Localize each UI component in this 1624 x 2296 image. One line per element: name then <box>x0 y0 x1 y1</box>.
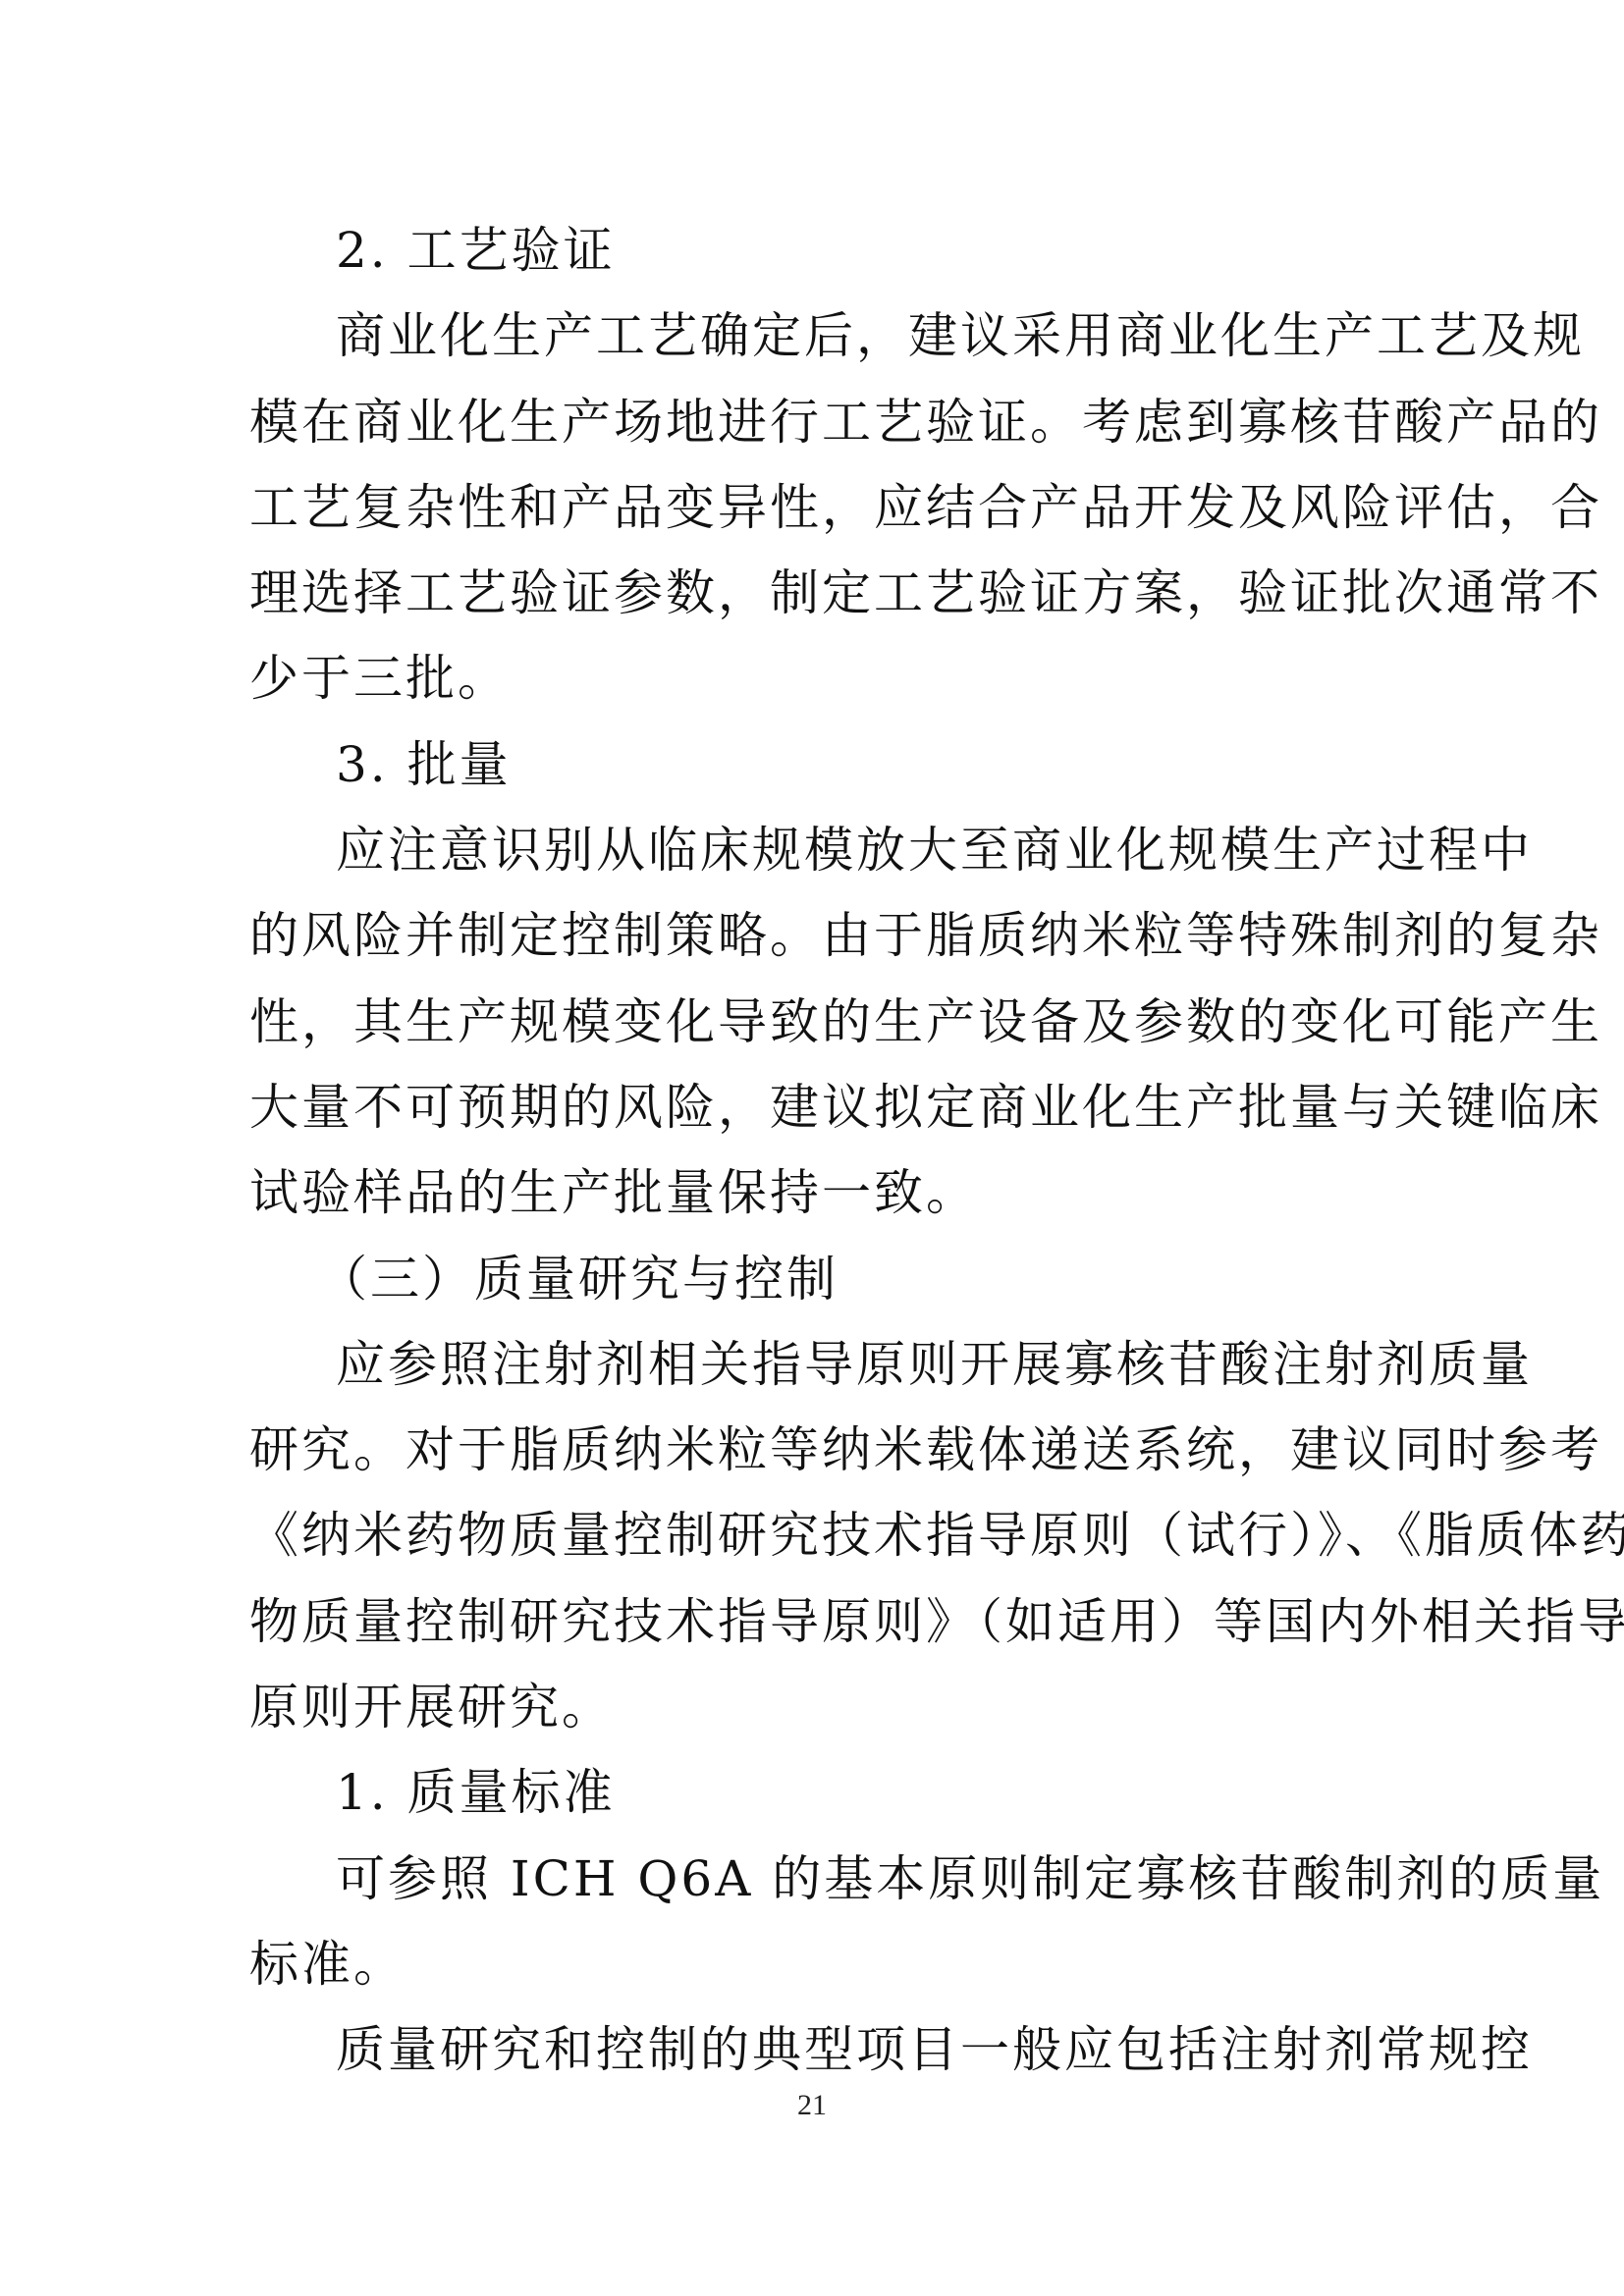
paragraph-line: 《纳米药物质量控制研究技术指导原则（试行）》、《脂质体药 <box>249 1493 1388 1578</box>
paragraph-line: 理选择工艺验证参数，制定工艺验证方案，验证批次通常不 <box>249 551 1388 636</box>
paragraph-line: 少于三批。 <box>249 636 1388 721</box>
paragraph-line: 标准。 <box>249 1922 1388 2007</box>
paragraph-line: 试验样品的生产批量保持一致。 <box>249 1150 1388 1236</box>
section-heading-quality-standard: 1. 质量标准 <box>249 1750 1388 1836</box>
document-page: 2. 工艺验证 商业化生产工艺确定后，建议采用商业化生产工艺及规 模在商业化生产… <box>0 0 1624 2296</box>
paragraph-line: 应注意识别从临床规模放大至商业化规模生产过程中 <box>249 808 1388 893</box>
paragraph-line: 性，其生产规模变化导致的生产设备及参数的变化可能产生 <box>249 980 1388 1065</box>
paragraph-line: 应参照注射剂相关指导原则开展寡核苷酸注射剂质量 <box>249 1322 1388 1408</box>
paragraph-line: 研究。对于脂质纳米粒等纳米载体递送系统，建议同时参考 <box>249 1408 1388 1493</box>
paragraph-line: 的风险并制定控制策略。由于脂质纳米粒等特殊制剂的复杂 <box>249 893 1388 979</box>
paragraph-line: 原则开展研究。 <box>249 1665 1388 1750</box>
paragraph-line: 商业化生产工艺确定后，建议采用商业化生产工艺及规 <box>249 294 1388 379</box>
section-heading-batch-size: 3. 批量 <box>249 722 1388 808</box>
paragraph-line: 质量研究和控制的典型项目一般应包括注射剂常规控 <box>249 2007 1388 2093</box>
paragraph-line: 物质量控制研究技术指导原则》（如适用）等国内外相关指导 <box>249 1579 1388 1665</box>
paragraph-line: 大量不可预期的风险，建议拟定商业化生产批量与关键临床 <box>249 1065 1388 1150</box>
paragraph-line: 工艺复杂性和产品变异性，应结合产品开发及风险评估，合 <box>249 465 1388 551</box>
section-heading-quality-research: （三）质量研究与控制 <box>249 1237 1388 1322</box>
page-number: 21 <box>0 2089 1624 2122</box>
paragraph-line: 模在商业化生产场地进行工艺验证。考虑到寡核苷酸产品的 <box>249 380 1388 465</box>
page-content: 2. 工艺验证 商业化生产工艺确定后，建议采用商业化生产工艺及规 模在商业化生产… <box>249 208 1388 2094</box>
paragraph-line: 可参照 ICH Q6A 的基本原则制定寡核苷酸制剂的质量 <box>249 1837 1388 1922</box>
section-heading-process-validation: 2. 工艺验证 <box>249 208 1388 294</box>
